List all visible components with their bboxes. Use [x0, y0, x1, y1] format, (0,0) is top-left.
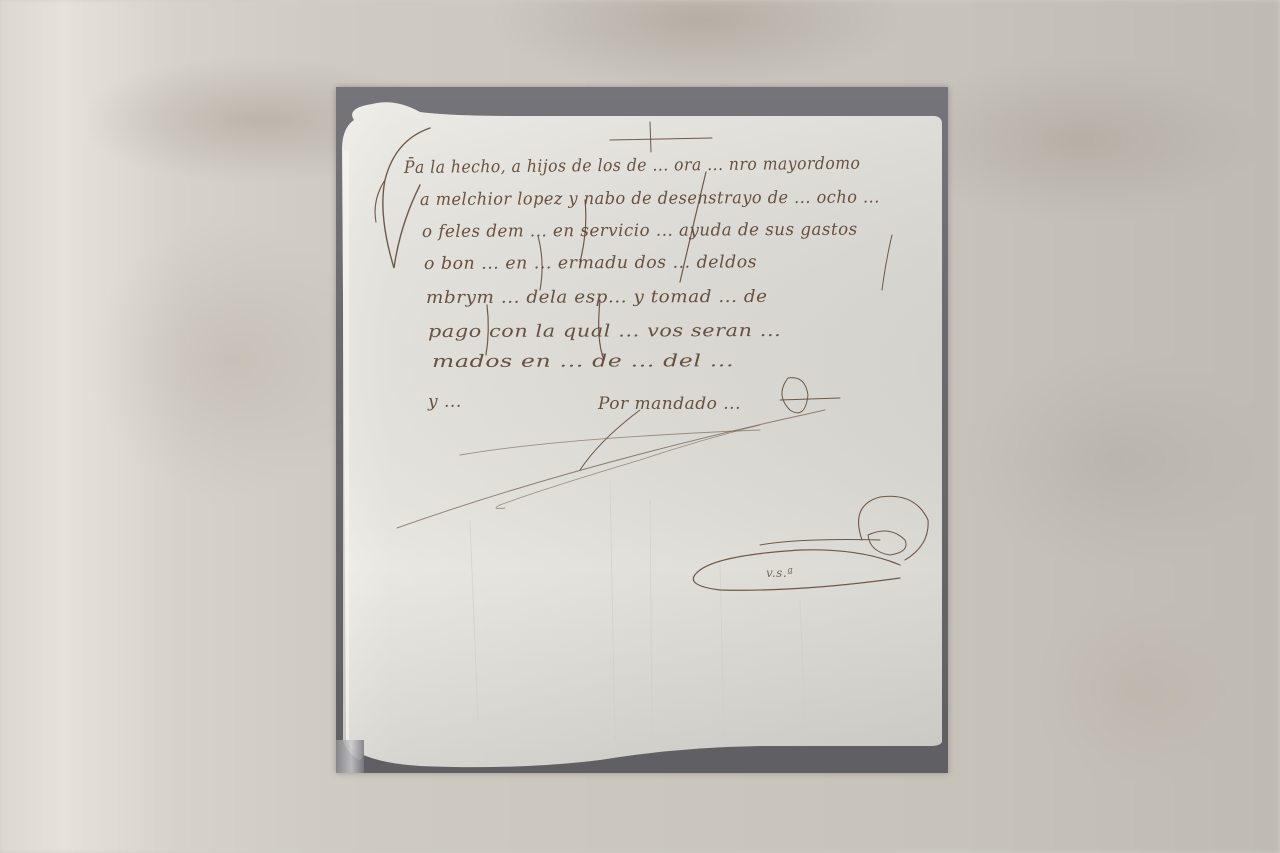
manuscript-line-7: mados en ... de ... del ...	[432, 351, 734, 372]
manuscript-line-5: mbrym ... dela esp... y tomad ... de	[426, 287, 768, 308]
manuscript-line-2: a melchior lopez y nabo de desenstrayo d…	[420, 187, 880, 210]
manuscript-signature: Por mandado ...	[598, 394, 741, 414]
manuscript-line-4: o bon ... en ... ermadu dos ... deldos	[424, 252, 757, 274]
manuscript-line-8: y ...	[428, 392, 462, 412]
manuscript-paper	[0, 0, 1280, 853]
backing-board-edge	[336, 740, 364, 773]
manuscript-line-6: pago con la qual ... vos seran ...	[428, 321, 781, 342]
manuscript-line-3: o feles dem ... en servicio ... ayuda de…	[422, 220, 858, 242]
manuscript-rubric-text: v.s.ª	[766, 566, 793, 580]
